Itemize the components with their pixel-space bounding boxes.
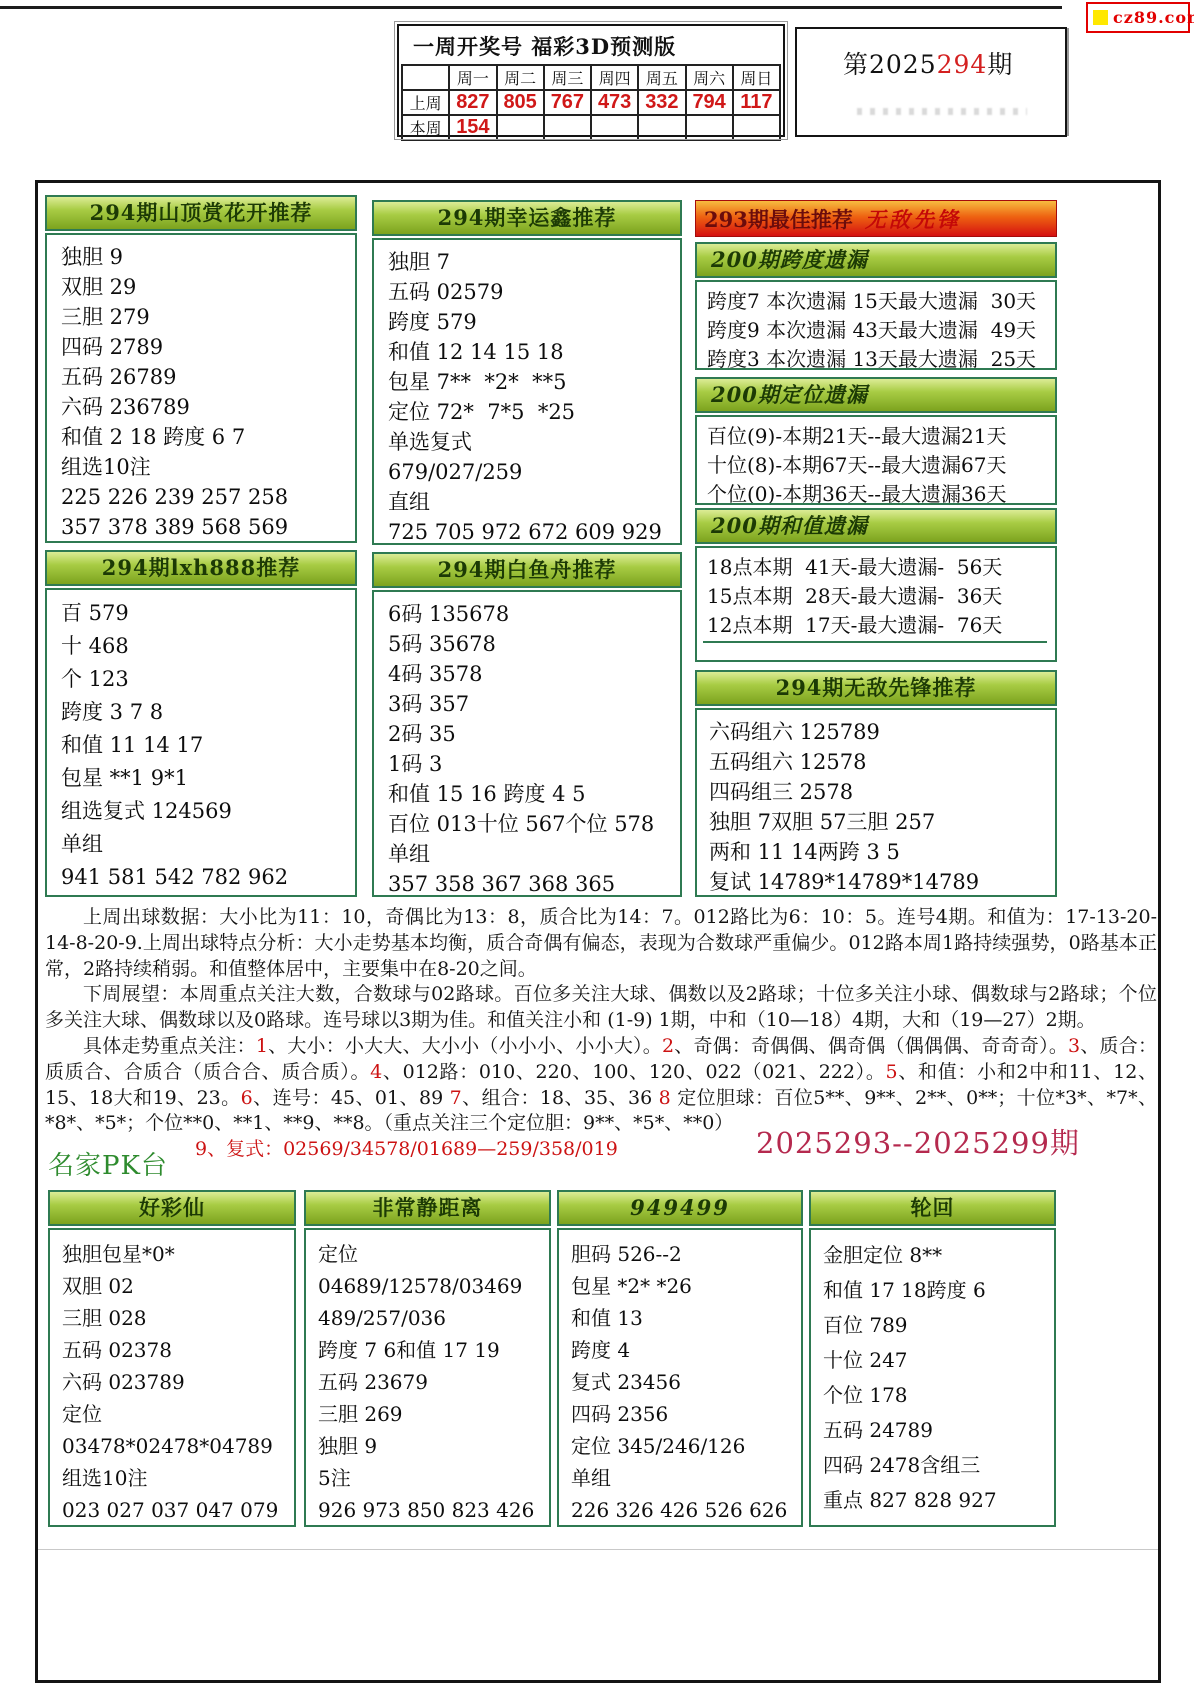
highlight-number: 2 [662,1035,674,1057]
line: 1码 3 [388,749,680,779]
line: 六码 023789 [62,1366,294,1398]
line: 包星 **1 9*1 [61,762,355,795]
box-sum-omission: 200期和值遗漏 18点本期 41天-最大遗漏- 56天15点本期 28天-最大… [695,508,1057,662]
pk-box-feichangjingjuli: 非常静距离 定位04689/12578/03469489/257/036跨度 7… [304,1190,551,1527]
line: 重点 827 828 927 [823,1483,1054,1518]
best-recommend-banner: 293期最佳推荐 无敌先锋 [695,200,1057,237]
top-divider-line [0,6,1062,9]
day-header: 周二 [497,65,544,90]
text-segment: 、连号：45、01、89 [253,1087,450,1109]
line: 组选复式 124569 [61,795,355,828]
text-segment: 、奇偶：奇偶偶、偶奇偶（偶偶偶、奇奇奇）。 [674,1035,1068,1057]
highlight-number: 6 [241,1087,253,1109]
box-wudi-pioneer-content: 六码组六 125789五码组六 12578四码组三 2578独胆 7双胆 57三… [695,708,1057,897]
line: 2码 35 [388,719,680,749]
line: 六码组六 125789 [709,717,1055,747]
line: 定位 345/246/126 [571,1430,801,1462]
logo-square-icon [1093,10,1108,25]
line: 十 468 [61,630,355,663]
line: 两和 11 14两跨 3 5 [709,837,1055,867]
pk-box-haocaixian-title: 好彩仙 [48,1190,296,1226]
line: 百 579 [61,597,355,630]
day-header: 周五 [638,65,685,90]
banner-script-text: 无敌先锋 [865,204,961,234]
line: 独胆 9 [61,242,355,272]
box-span-omission-title: 200期跨度遗漏 [695,242,1057,278]
line: 4码 3578 [388,659,680,689]
line: 04689/12578/03469 [318,1270,549,1302]
pk-box-haocaixian-content: 独胆包星*0*双胆 02三胆 028五码 02378六码 023789定位 03… [48,1228,296,1527]
line: 金胆定位 8** [823,1238,1054,1273]
last-week-row: 上周 827 805 767 473 332 794 117 [402,90,780,115]
line: 357 378 389 568 569 [61,512,355,542]
analysis-paragraph-outlook: 下周展望：本周重点关注大数，合数球与02路球。百位多关注大球、偶数以及2路球；十… [45,982,1157,1034]
box-lxh888: 294期lxh888推荐 百 579十 468个 123跨度 3 7 8和值 1… [45,550,357,897]
line: 个位 178 [823,1378,1054,1413]
line: 百位 789 [823,1308,1054,1343]
box-xingyunxin-title: 294期幸运鑫推荐 [372,200,682,236]
draw-number: 154 [449,115,496,140]
box-position-omission-title: 200期定位遗漏 [695,377,1057,413]
line: 跨度 4 [571,1334,801,1366]
draw-number: 473 [591,90,638,115]
line: 组选10注 [61,452,355,482]
day-header: 周六 [686,65,733,90]
line: 和值 15 16 跨度 4 5 [388,779,680,809]
draw-number: 805 [497,90,544,115]
box-shanding-title: 294期山顶赏花开推荐 [45,195,357,231]
box-xingyunxin-content: 独胆 7五码 02579跨度 579和值 12 14 15 18包星 7** *… [372,238,682,545]
line: 679/027/259 [388,457,680,487]
this-week-row: 本周 154 [402,115,780,140]
draw-number: 827 [449,90,496,115]
box-wudi-pioneer-title: 294期无敌先锋推荐 [695,670,1057,706]
line: 489/257/036 [318,1302,549,1334]
box-span-omission: 200期跨度遗漏 跨度7 本次遗漏 15天最大遗漏 30天跨度9 本次遗漏 43… [695,242,1057,370]
line: 独胆 7双胆 57三胆 257 [709,807,1055,837]
logo-text: cz89.com [1113,8,1194,27]
line: 和值 17 18跨度 6 [823,1273,1054,1308]
line: 复式 23456 [571,1366,801,1398]
line: 个 123 [61,663,355,696]
line: 五码 24789 [823,1413,1054,1448]
line: 跨度3 本次遗漏 13天最大遗漏 25天 [707,345,1055,370]
line: 单组 [61,828,355,861]
line: 023 027 037 047 079 [62,1494,294,1526]
line: 和值 12 14 15 18 [388,337,680,367]
line: 和值 13 [571,1302,801,1334]
text-segment: 、012路：010、220、100、120、022（021、222）。 [382,1061,885,1083]
draw-number [544,115,591,140]
line: 百位(9)-本期21天--最大遗漏21天 [707,422,1055,451]
line: 五码 02579 [388,277,680,307]
pk-box-949499: 949499 胆码 526--2包星 *2* *26和值 13跨度 4复式 23… [557,1190,803,1527]
line: 五码 02378 [62,1334,294,1366]
draw-number [497,115,544,140]
draw-number [591,115,638,140]
box-wudi-pioneer: 294期无敌先锋推荐 六码组六 125789五码组六 12578四码组三 257… [695,670,1057,897]
line: 直组 [388,487,680,517]
line: 个位(0)-本期36天--最大遗漏36天 [707,480,1055,505]
line: 单组 [388,839,680,869]
line: 独胆 9 [318,1430,549,1462]
pk-box-lunhui-title: 轮回 [809,1190,1056,1226]
box-lxh888-content: 百 579十 468个 123跨度 3 7 8和值 11 14 17包星 **1… [45,588,357,897]
line: 926 973 850 823 426 [318,1494,549,1526]
line: 和值 2 18 跨度 6 7 [61,422,355,452]
day-header: 周四 [591,65,638,90]
box-baiyuzhou-content: 6码 1356785码 356784码 35783码 3572码 351码 3和… [372,590,682,897]
pk-box-feichangjingjuli-content: 定位04689/12578/03469489/257/036跨度 7 6和值 1… [304,1228,551,1527]
box-sum-omission-title: 200期和值遗漏 [695,508,1057,544]
draw-number [638,115,685,140]
banner-bold-text: 293期最佳推荐 [704,204,853,234]
line: 三胆 028 [62,1302,294,1334]
line: 定位 03478*02478*04789 [62,1398,294,1462]
text-segment: 、组合：18、35、36 [462,1087,659,1109]
faint-watermark [857,108,1027,115]
draw-number: 332 [638,90,685,115]
pk-box-949499-title: 949499 [557,1190,803,1226]
box-span-omission-content: 跨度7 本次遗漏 15天最大遗漏 30天跨度9 本次遗漏 43天最大遗漏 49天… [695,280,1057,370]
highlight-number: 1 [256,1035,268,1057]
draw-number [686,115,733,140]
highlight-number: 5 [886,1061,898,1083]
box-baiyuzhou: 294期白鱼舟推荐 6码 1356785码 356784码 35783码 357… [372,552,682,897]
box-sum-omission-content: 18点本期 41天-最大遗漏- 56天15点本期 28天-最大遗漏- 36天12… [695,546,1057,662]
line: 五码 26789 [61,362,355,392]
row-label: 本周 [402,115,449,140]
line: 跨度9 本次遗漏 43天最大遗漏 49天 [707,316,1055,345]
pk-section-title: 名家PK台 [48,1145,168,1182]
issue-suffix: 期 [987,50,1013,79]
issue-current: 294 [937,50,988,79]
line: 5码 35678 [388,629,680,659]
line: 357 358 367 368 365 [388,869,680,897]
box-position-omission-content: 百位(9)-本期21天--最大遗漏21天十位(8)-本期67天--最大遗漏67天… [695,415,1057,505]
draw-number [733,115,780,140]
draw-number: 767 [544,90,591,115]
line: 十位(8)-本期67天--最大遗漏67天 [707,451,1055,480]
line: 6码 135678 [388,599,680,629]
line: 四码组三 2578 [709,777,1055,807]
highlight-number: 7 [450,1087,462,1109]
line: 跨度 7 6和值 17 19 [318,1334,549,1366]
line: 四码 2478含组三 [823,1448,1054,1483]
line: 跨度7 本次遗漏 15天最大遗漏 30天 [707,287,1055,316]
line: 15点本期 28天-最大遗漏- 36天 [707,582,1055,611]
issue-range-label: 2025293--2025299期 [756,1121,1080,1162]
text-segment: 、大小：小大大、大小小（小小小、小小大）。 [268,1035,662,1057]
corner-cell [402,65,449,90]
box-position-omission: 200期定位遗漏 百位(9)-本期21天--最大遗漏21天十位(8)-本期67天… [695,377,1057,505]
line: 百位 013十位 567个位 578 [388,809,680,839]
pk-box-feichangjingjuli-title: 非常静距离 [304,1190,551,1226]
line: 三胆 279 [61,302,355,332]
pk-box-lunhui: 轮回 金胆定位 8**和值 17 18跨度 6百位 789十位 247个位 17… [809,1190,1056,1527]
line: 跨度 3 7 8 [61,696,355,729]
line: 18点本期 41天-最大遗漏- 56天 [707,553,1055,582]
day-header: 周一 [449,65,496,90]
line: 独胆包星*0* [62,1238,294,1270]
line: 双胆 02 [62,1270,294,1302]
line: 3码 357 [388,689,680,719]
bottom-divider-line [38,1549,1158,1550]
line: 三胆 269 [318,1398,549,1430]
issue-number: 第2025294期 [843,45,1065,81]
line: 五码组六 12578 [709,747,1055,777]
box-xingyunxin: 294期幸运鑫推荐 独胆 7五码 02579跨度 579和值 12 14 15 … [372,200,682,545]
weekly-draw-title: 一周开奖号 福彩3D预测版 [399,26,783,64]
highlight-number: 8 [659,1087,671,1109]
line: 四码 2789 [61,332,355,362]
line: 独胆 7 [388,247,680,277]
weekly-draw-panel: 一周开奖号 福彩3D预测版 周一 周二 周三 周四 周五 周六 周日 上周 82… [397,24,785,137]
highlight-number: 3 [1068,1035,1080,1057]
line: 和值 11 14 17 [61,729,355,762]
box-shanding-content: 独胆 9双胆 29三胆 279四码 2789五码 26789六码 236789和… [45,233,357,543]
issue-number-panel: 第2025294期 [795,27,1067,137]
line: 单组 [571,1462,801,1494]
line: 跨度 579 [388,307,680,337]
line: 单选复式 [388,427,680,457]
day-header: 周三 [544,65,591,90]
line: 234 239 278 339 388 [62,1526,294,1527]
pk-box-949499-content: 胆码 526--2包星 *2* *26和值 13跨度 4复式 23456四码 2… [557,1228,803,1527]
line: 225 226 239 257 258 [61,482,355,512]
main-content-frame: 294期山顶赏花开推荐 独胆 9双胆 29三胆 279四码 2789五码 267… [35,180,1161,1683]
line: 725 705 972 672 609 929 [388,517,680,545]
row-label: 上周 [402,90,449,115]
analysis-paragraph-lastweek: 上周出球数据：大小比为11：10，奇偶比为13：8，质合比为14：7。012路比… [45,905,1157,982]
line: 定位 72* 7*5 *25 [388,397,680,427]
line: 包星 *2* *26 [571,1270,801,1302]
issue-prefix: 第2025 [843,50,937,79]
line: 双胆 29 [61,272,355,302]
draw-number: 117 [733,90,780,115]
line: 组选10注 [62,1462,294,1494]
line: 四码 2356 [571,1398,801,1430]
text-segment: 具体走势重点关注： [83,1035,256,1057]
line: 包星 7** *2* **5 [388,367,680,397]
box-baiyuzhou-title: 294期白鱼舟推荐 [372,552,682,588]
line: 5注 [318,1462,549,1494]
line: 12点本期 17天-最大遗漏- 76天 [707,611,1055,640]
line: 六码 236789 [61,392,355,422]
weekly-draw-table: 周一 周二 周三 周四 周五 周六 周日 上周 827 805 767 473 … [401,64,781,141]
pk-box-lunhui-content: 金胆定位 8**和值 17 18跨度 6百位 789十位 247个位 178五码… [809,1228,1056,1527]
line: 十位 247 [823,1343,1054,1378]
box-lxh888-title: 294期lxh888推荐 [45,550,357,586]
site-logo[interactable]: cz89.com [1086,2,1190,33]
day-header: 周日 [733,65,780,90]
line: 941 581 542 782 962 [61,861,355,894]
week-header-row: 周一 周二 周三 周四 周五 周六 周日 [402,65,780,90]
pk-box-haocaixian: 好彩仙 独胆包星*0*双胆 02三胆 028五码 02378六码 023789定… [48,1190,296,1527]
line: 定位 [318,1238,549,1270]
line: 五码 23679 [318,1366,549,1398]
line: 胆码 526--2 [571,1238,801,1270]
line: 复试 14789*14789*14789 [709,867,1055,897]
line: 226 326 426 526 626 [571,1494,801,1526]
highlight-number: 4 [370,1061,382,1083]
draw-number: 794 [686,90,733,115]
box-shanding: 294期山顶赏花开推荐 独胆 9双胆 29三胆 279四码 2789五码 267… [45,195,357,543]
